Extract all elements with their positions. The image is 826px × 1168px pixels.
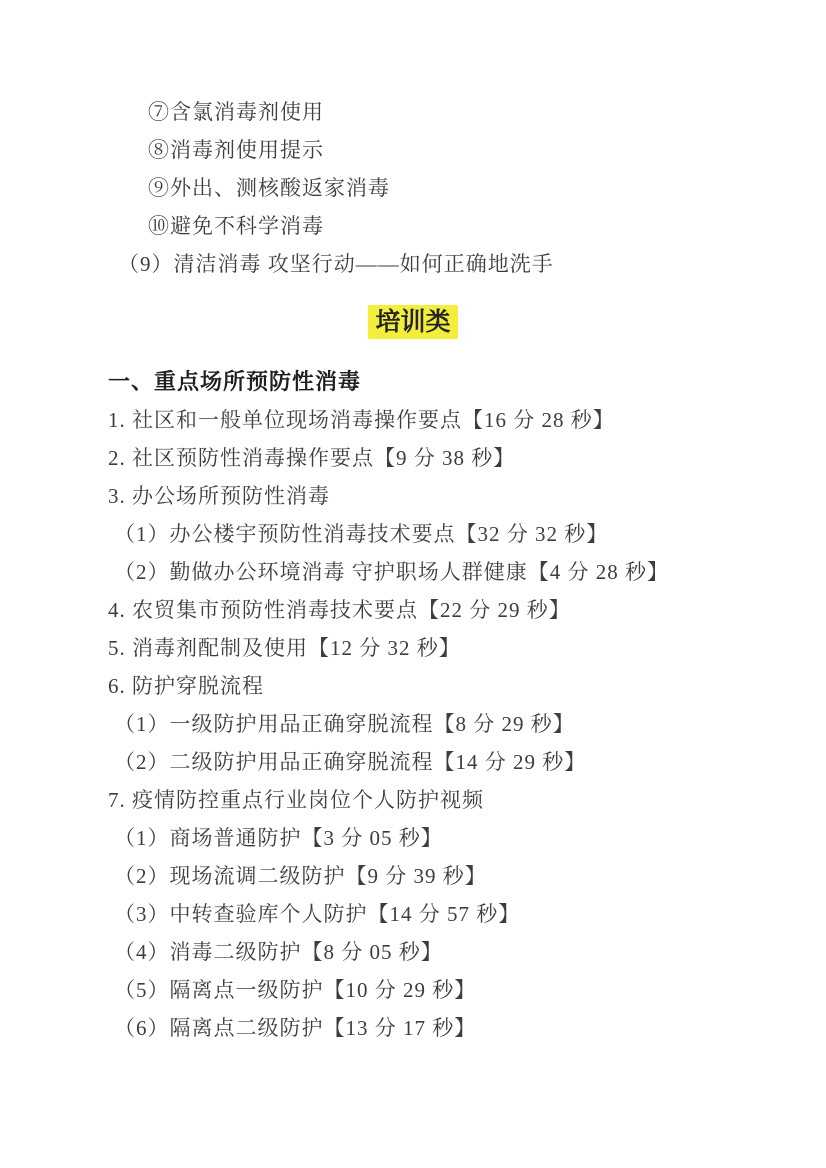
- list-item: （5）隔离点一级防护【10 分 29 秒】: [108, 971, 766, 1009]
- intro-list: ⑦含氯消毒剂使用 ⑧消毒剂使用提示 ⑨外出、测核酸返家消毒 ⑩避免不科学消毒 （…: [108, 93, 766, 283]
- list-item: 4. 农贸集市预防性消毒技术要点【22 分 29 秒】: [108, 591, 766, 629]
- list-item: （1）办公楼宇预防性消毒技术要点【32 分 32 秒】: [108, 515, 766, 553]
- list-item: 1. 社区和一般单位现场消毒操作要点【16 分 28 秒】: [108, 401, 766, 439]
- list-item: 7. 疫情防控重点行业岗位个人防护视频: [108, 781, 766, 819]
- list-item: ⑧消毒剂使用提示: [108, 131, 766, 169]
- list-item: （1）一级防护用品正确穿脱流程【8 分 29 秒】: [108, 705, 766, 743]
- training-list: 1. 社区和一般单位现场消毒操作要点【16 分 28 秒】 2. 社区预防性消毒…: [108, 401, 766, 1047]
- list-item: 3. 办公场所预防性消毒: [108, 477, 766, 515]
- list-item: （3）中转查验库个人防护【14 分 57 秒】: [108, 895, 766, 933]
- list-item: ⑩避免不科学消毒: [108, 207, 766, 245]
- list-item: ⑨外出、测核酸返家消毒: [108, 169, 766, 207]
- list-item: （9）清洁消毒 攻坚行动——如何正确地洗手: [108, 245, 766, 283]
- list-item: （2）勤做办公环境消毒 守护职场人群健康【4 分 28 秒】: [108, 553, 766, 591]
- section-title: 一、重点场所预防性消毒: [108, 363, 766, 401]
- list-item: （2）二级防护用品正确穿脱流程【14 分 29 秒】: [108, 743, 766, 781]
- list-item: （2）现场流调二级防护【9 分 39 秒】: [108, 857, 766, 895]
- training-heading-row: 培训类: [0, 305, 826, 345]
- list-item: ⑦含氯消毒剂使用: [108, 93, 766, 131]
- training-heading: 培训类: [368, 305, 457, 339]
- list-item: 2. 社区预防性消毒操作要点【9 分 38 秒】: [108, 439, 766, 477]
- list-item: （1）商场普通防护【3 分 05 秒】: [108, 819, 766, 857]
- list-item: （4）消毒二级防护【8 分 05 秒】: [108, 933, 766, 971]
- list-item: 5. 消毒剂配制及使用【12 分 32 秒】: [108, 629, 766, 667]
- list-item: 6. 防护穿脱流程: [108, 667, 766, 705]
- document-page: ⑦含氯消毒剂使用 ⑧消毒剂使用提示 ⑨外出、测核酸返家消毒 ⑩避免不科学消毒 （…: [0, 0, 826, 1168]
- list-item: （6）隔离点二级防护【13 分 17 秒】: [108, 1009, 766, 1047]
